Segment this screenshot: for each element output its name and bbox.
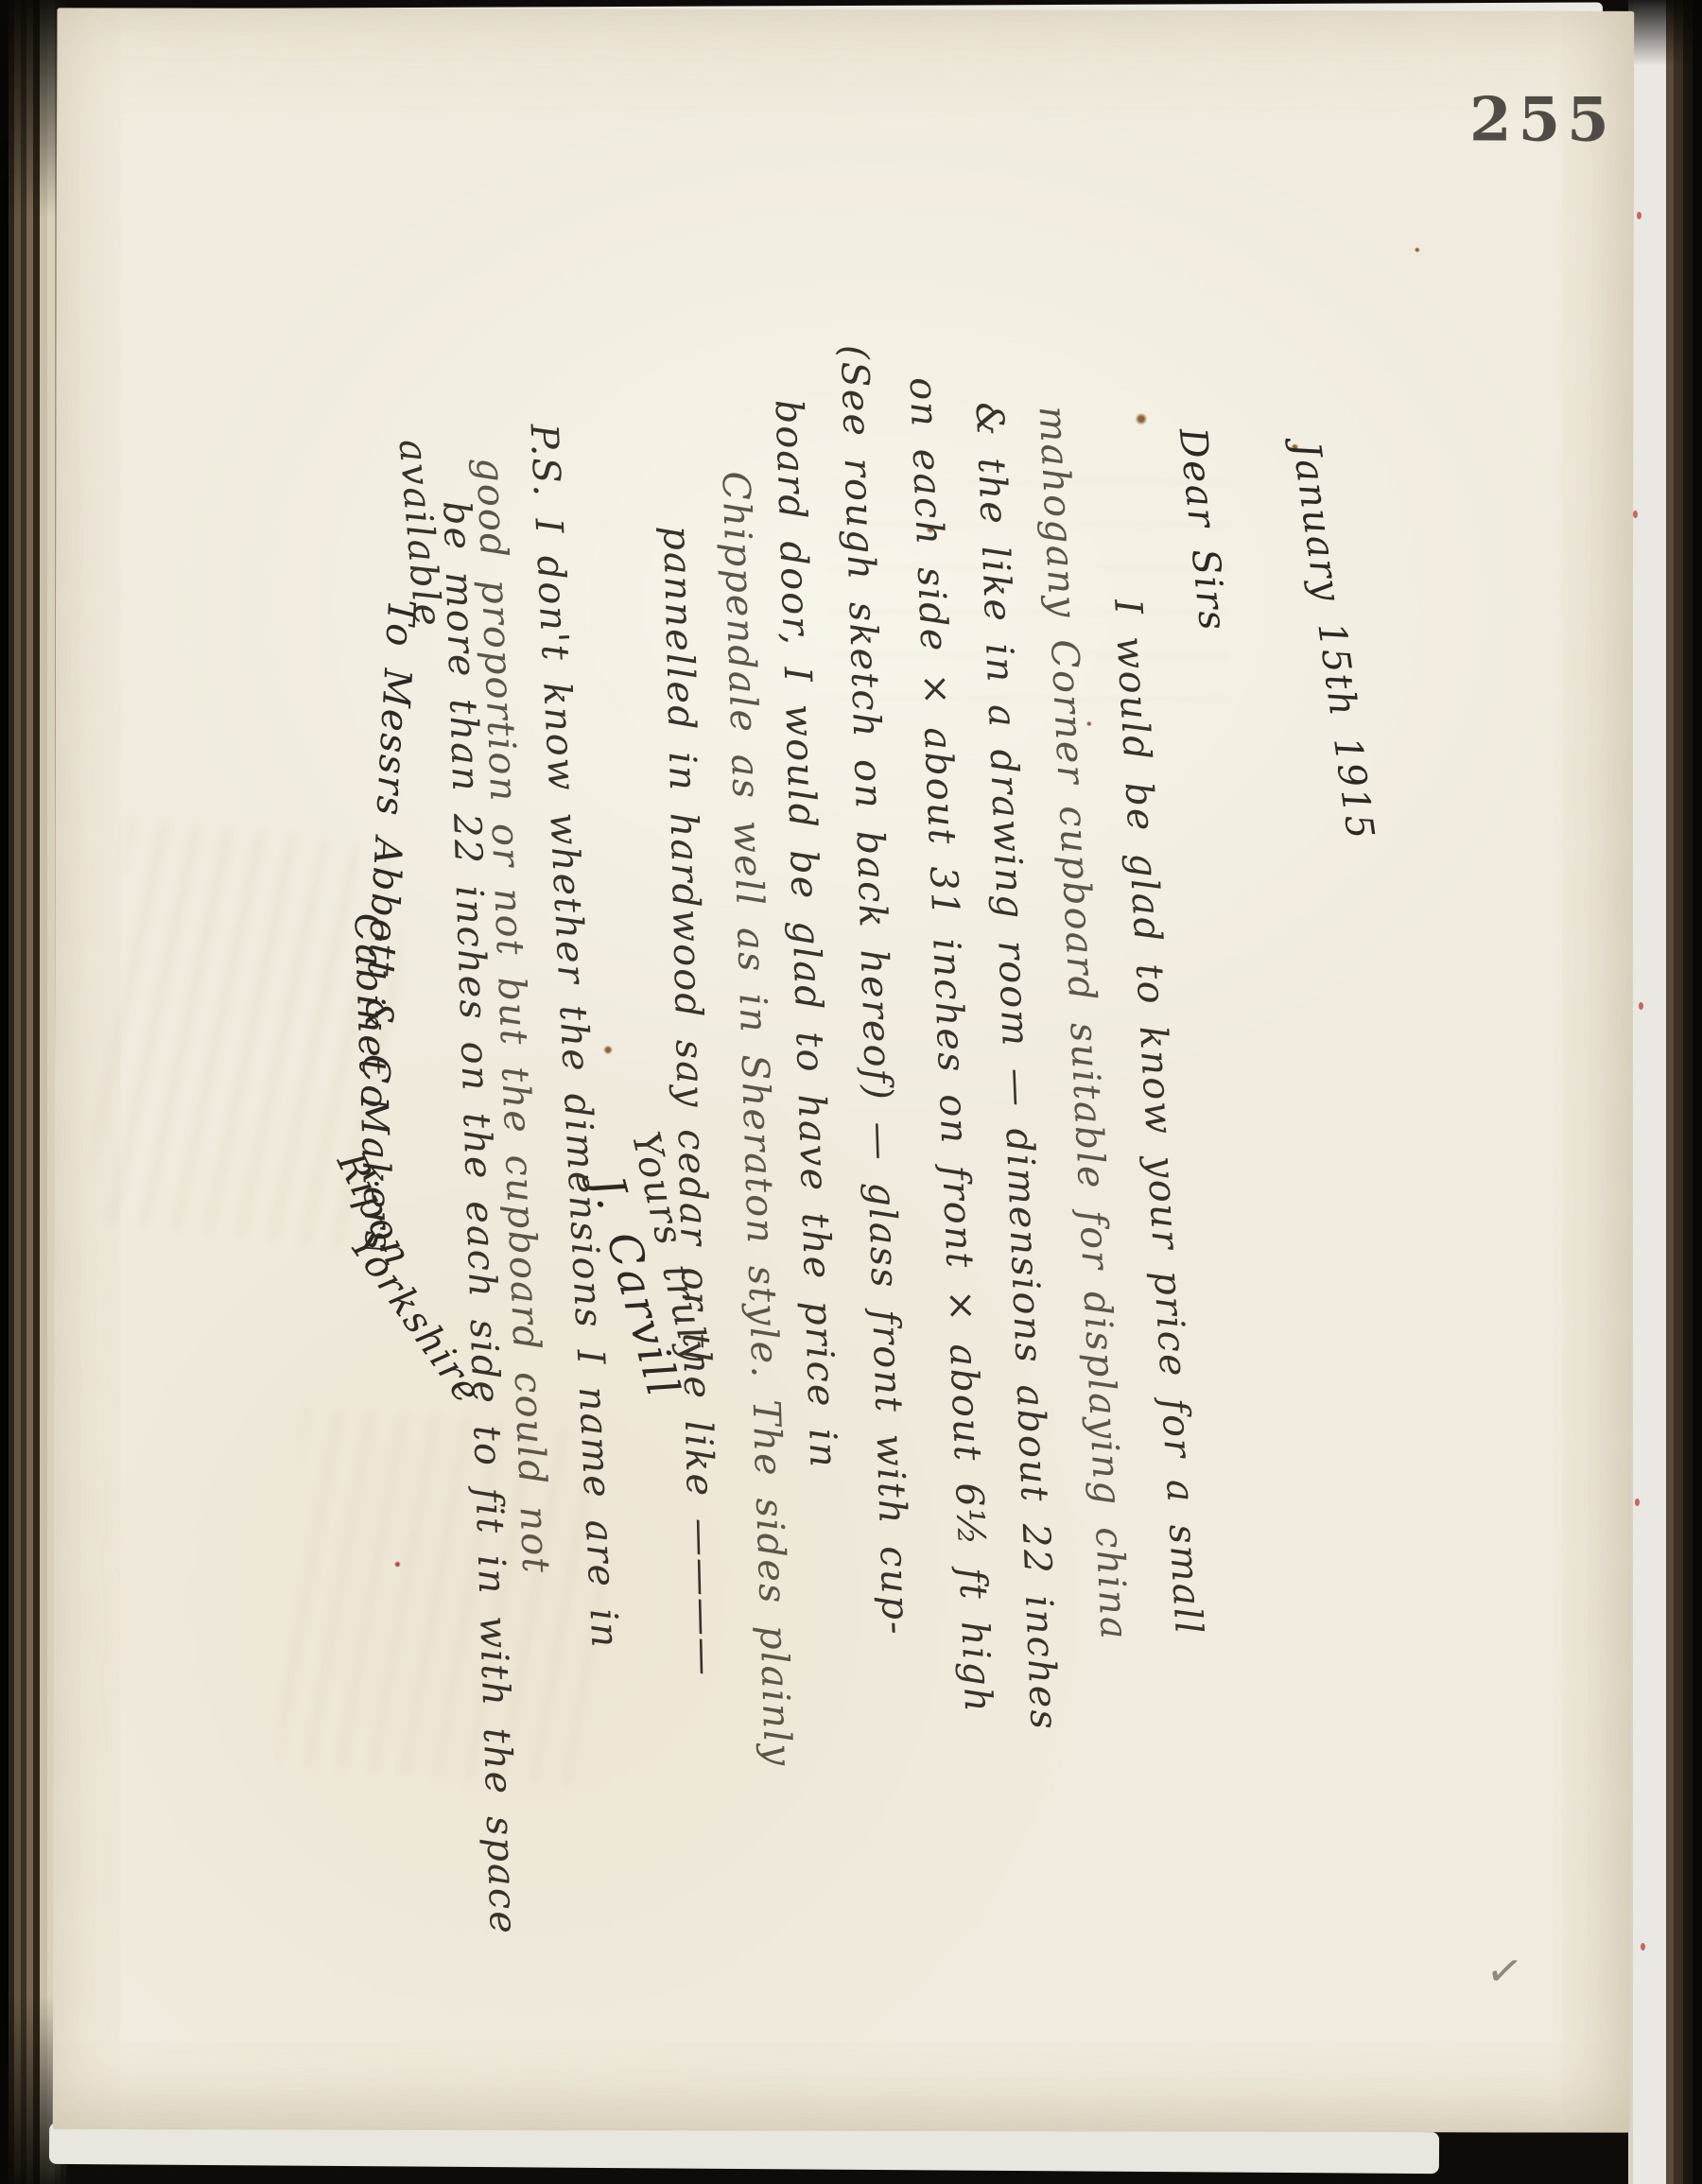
edge-dye-speck xyxy=(1633,511,1638,518)
letter-line-date: January 15th 1915 xyxy=(1287,440,1380,842)
foxing-spot xyxy=(603,1045,613,1054)
folio-number-stamp: 255 xyxy=(1469,84,1616,155)
foxing-spot xyxy=(1415,247,1420,252)
scanned-letter-page: 255 January 15th 1915 Dear Sirs I would … xyxy=(53,8,1635,2132)
book-scan: 255 January 15th 1915 Dear Sirs I would … xyxy=(0,0,1702,2184)
edge-dye-speck xyxy=(1637,212,1641,219)
ink-bleedthrough xyxy=(831,454,1229,701)
edge-dye-speck xyxy=(1635,1499,1640,1506)
letter-body-line: pannelled in hardwood say cedar or the l… xyxy=(657,526,722,1678)
edge-dye-speck xyxy=(1639,1002,1643,1010)
foxing-spot xyxy=(394,1561,401,1568)
ink-bleedthrough xyxy=(278,1407,615,1788)
book-page-stack-edge xyxy=(1628,0,1702,2184)
checkmark-icon: ✓ xyxy=(1483,1943,1527,1999)
edge-dye-speck xyxy=(1641,1943,1645,1950)
foxing-spot xyxy=(1135,413,1147,425)
